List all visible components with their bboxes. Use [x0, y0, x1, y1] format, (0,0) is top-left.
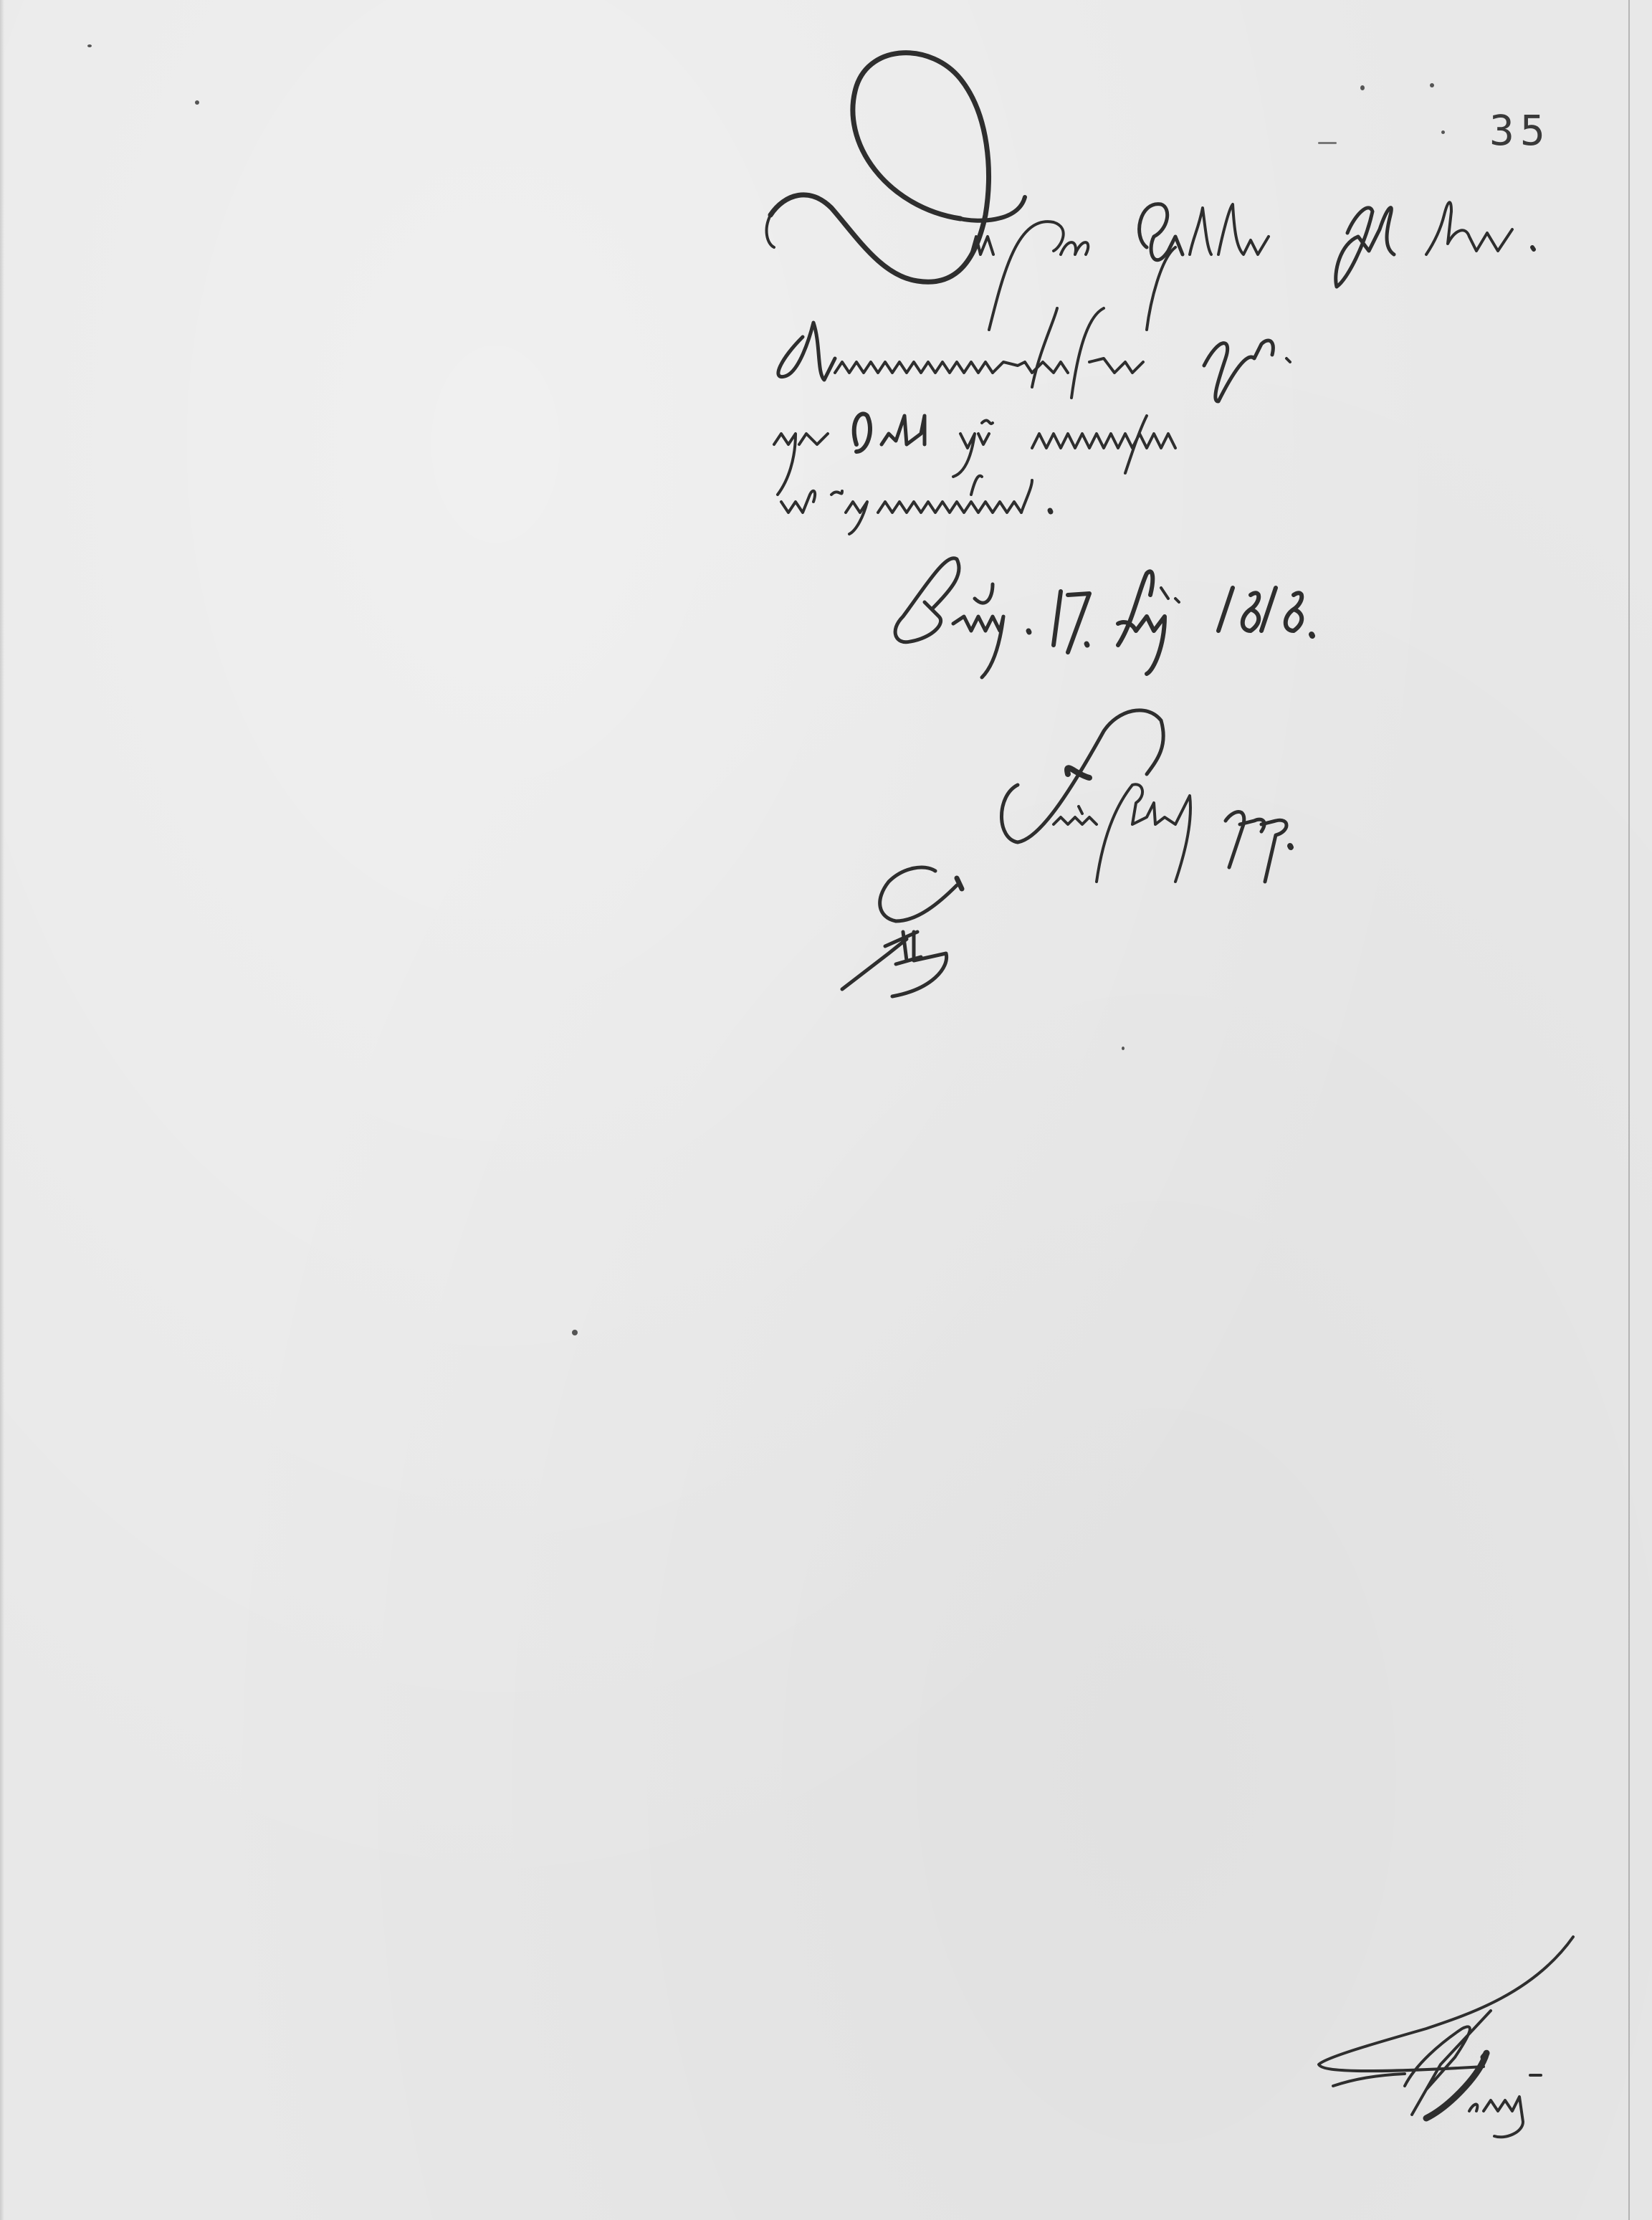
initial-d-stroke [767, 53, 1025, 282]
handwriting-strokes [0, 0, 1652, 2220]
place-date-strokes [895, 558, 1312, 677]
line-4-strokes [781, 476, 1051, 534]
signature-strokes [1319, 1937, 1573, 2137]
closing-strokes [1002, 710, 1291, 882]
paraph-strokes [842, 867, 962, 996]
line-2-strokes [778, 308, 1290, 401]
